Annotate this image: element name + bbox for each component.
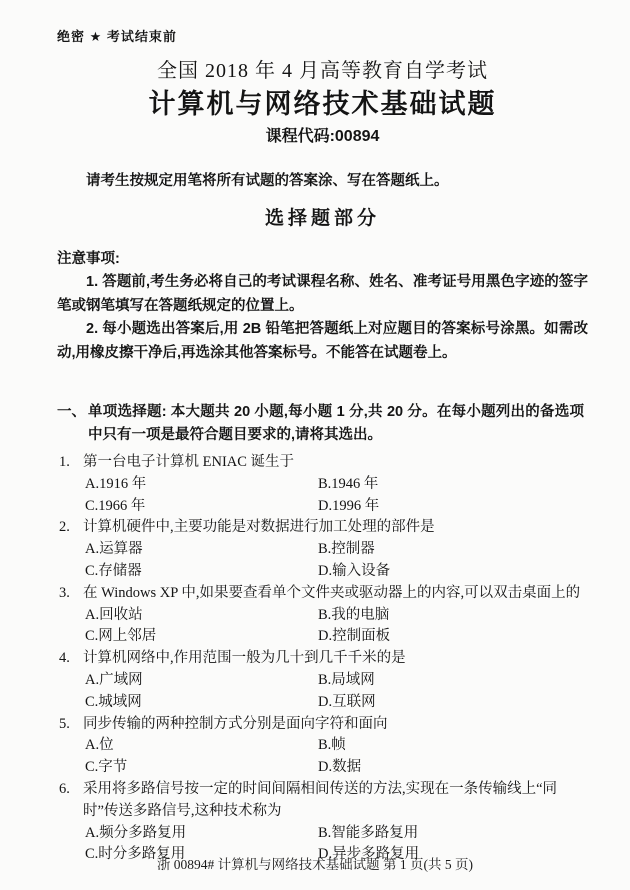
option-b: B.智能多路复用: [318, 823, 588, 845]
question-number: 6.: [57, 779, 83, 823]
option-c: C.1966 年: [85, 496, 318, 518]
option-row: C.城域网 D.互联网: [57, 692, 588, 714]
option-d: D.输入设备: [318, 561, 588, 583]
option-row: A.运算器 B.控制器: [57, 539, 588, 561]
option-row: A.1916 年 B.1946 年: [57, 474, 588, 496]
question-number: 5.: [57, 714, 83, 736]
option-a: A.位: [85, 735, 318, 757]
option-b: B.控制器: [318, 539, 588, 561]
option-c: C.存储器: [85, 561, 318, 583]
option-row: C.字节 D.数据: [57, 757, 588, 779]
page-footer: 浙 00894# 计算机与网络技术基础试题 第 1 页(共 5 页): [0, 853, 630, 873]
question-4: 4. 计算机网络中,作用范围一般为几十到几千千米的是 A.广域网 B.局域网 C…: [57, 648, 588, 713]
option-a: A.广域网: [85, 670, 318, 692]
notes-title: 注意事项:: [57, 248, 588, 271]
exam-session-title: 全国 2018 年 4 月高等教育自学考试: [57, 58, 588, 84]
question-stem: 1. 第一台电子计算机 ENIAC 诞生于: [57, 452, 588, 474]
option-c: C.字节: [85, 757, 318, 779]
option-row: C.1966 年 D.1996 年: [57, 496, 588, 518]
option-a: A.频分多路复用: [85, 823, 318, 845]
question-number: 2.: [57, 517, 83, 539]
option-row: C.存储器 D.输入设备: [57, 561, 588, 583]
exam-paper-page: 绝密 ★ 考试结束前 全国 2018 年 4 月高等教育自学考试 计算机与网络技…: [0, 0, 630, 890]
question-text: 在 Windows XP 中,如果要查看单个文件夹或驱动器上的内容,可以双击桌面…: [83, 583, 588, 605]
option-b: B.我的电脑: [318, 605, 588, 627]
question-text: 同步传输的两种控制方式分别是面向字符和面向: [83, 714, 588, 736]
question-stem: 4. 计算机网络中,作用范围一般为几十到几千千米的是: [57, 648, 588, 670]
section-part-title: 选择题部分: [57, 205, 588, 233]
question-number: 3.: [57, 583, 83, 605]
option-b: B.1946 年: [318, 474, 588, 496]
question-3: 3. 在 Windows XP 中,如果要查看单个文件夹或驱动器上的内容,可以双…: [57, 583, 588, 648]
option-d: D.1996 年: [318, 496, 588, 518]
option-row: A.广域网 B.局域网: [57, 670, 588, 692]
option-d: D.数据: [318, 757, 588, 779]
question-stem: 3. 在 Windows XP 中,如果要查看单个文件夹或驱动器上的内容,可以双…: [57, 583, 588, 605]
option-a: A.回收站: [85, 605, 318, 627]
note-item: 2. 每小题选出答案后,用 2B 铅笔把答题纸上对应题目的答案标号涂黑。如需改动…: [57, 318, 588, 365]
option-row: A.回收站 B.我的电脑: [57, 605, 588, 627]
question-text: 采用将多路信号按一定的时间间隔相间传送的方法,实现在一条传输线上“同时”传送多路…: [83, 779, 588, 823]
option-b: B.局域网: [318, 670, 588, 692]
option-row: C.网上邻居 D.控制面板: [57, 626, 588, 648]
question-2: 2. 计算机硬件中,主要功能是对数据进行加工处理的部件是 A.运算器 B.控制器…: [57, 517, 588, 582]
note-item: 1. 答题前,考生务必将自己的考试课程名称、姓名、准考证号用黑色字迹的签字笔或钢…: [57, 271, 588, 318]
section-heading-text: 单项选择题: 本大题共 20 小题,每小题 1 分,共 20 分。在每小题列出的…: [88, 401, 588, 447]
question-5: 5. 同步传输的两种控制方式分别是面向字符和面向 A.位 B.帧 C.字节 D.…: [57, 714, 588, 779]
question-number: 1.: [57, 452, 83, 474]
question-stem: 2. 计算机硬件中,主要功能是对数据进行加工处理的部件是: [57, 517, 588, 539]
section-one-heading: 一、 单项选择题: 本大题共 20 小题,每小题 1 分,共 20 分。在每小题…: [57, 401, 588, 447]
option-d: D.控制面板: [318, 626, 588, 648]
option-row: A.频分多路复用 B.智能多路复用: [57, 823, 588, 845]
question-number: 4.: [57, 648, 83, 670]
option-c: C.网上邻居: [85, 626, 318, 648]
option-b: B.帧: [318, 735, 588, 757]
option-c: C.城域网: [85, 692, 318, 714]
question-text: 计算机网络中,作用范围一般为几十到几千千米的是: [83, 648, 588, 670]
question-text: 第一台电子计算机 ENIAC 诞生于: [83, 452, 588, 474]
option-row: A.位 B.帧: [57, 735, 588, 757]
question-list: 1. 第一台电子计算机 ENIAC 诞生于 A.1916 年 B.1946 年 …: [57, 452, 588, 866]
course-code: 课程代码:00894: [57, 125, 588, 149]
paper-title: 计算机与网络技术基础试题: [57, 87, 588, 121]
section-number: 一、: [57, 401, 88, 447]
question-text: 计算机硬件中,主要功能是对数据进行加工处理的部件是: [83, 517, 588, 539]
option-d: D.互联网: [318, 692, 588, 714]
answer-sheet-instruction: 请考生按规定用笔将所有试题的答案涂、写在答题纸上。: [57, 170, 588, 192]
classification-banner: 绝密 ★ 考试结束前: [57, 26, 588, 45]
option-a: A.1916 年: [85, 474, 318, 496]
question-stem: 5. 同步传输的两种控制方式分别是面向字符和面向: [57, 714, 588, 736]
question-stem: 6. 采用将多路信号按一定的时间间隔相间传送的方法,实现在一条传输线上“同时”传…: [57, 779, 588, 823]
question-1: 1. 第一台电子计算机 ENIAC 诞生于 A.1916 年 B.1946 年 …: [57, 452, 588, 517]
option-a: A.运算器: [85, 539, 318, 561]
